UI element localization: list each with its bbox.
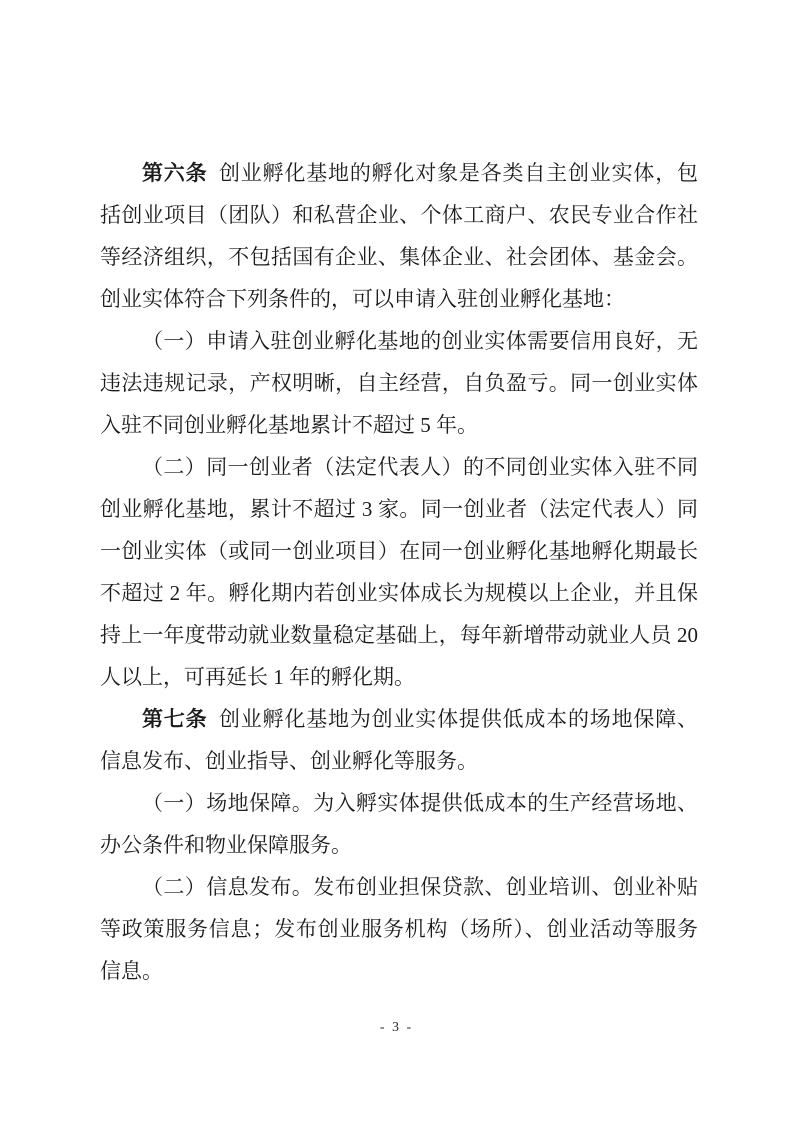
paragraph-text: （二）信息发布。发布创业担保贷款、创业培训、创业补贴等政策服务信息；发布创业服务… (100, 875, 698, 983)
page-number: - 3 - (380, 1020, 413, 1035)
paragraph-item-3: （一）场地保障。为入孵实体提供低成本的生产经营场地、办公条件和物业保障服务。 (100, 782, 698, 866)
paragraph-item-4: （二）信息发布。发布创业担保贷款、创业培训、创业补贴等政策服务信息；发布创业服务… (100, 866, 698, 992)
article-6-heading: 第六条 (142, 161, 207, 185)
paragraph-item-2: （二）同一创业者（法定代表人）的不同创业实体入驻不同创业孵化基地，累计不超过 3… (100, 446, 698, 698)
page-footer: - 3 - (0, 1018, 793, 1038)
paragraph-text: （二）同一创业者（法定代表人）的不同创业实体入驻不同创业孵化基地，累计不超过 3… (100, 455, 698, 689)
paragraph-text: （一）申请入驻创业孵化基地的创业实体需要信用良好，无违法违规记录，产权明晰，自主… (100, 329, 698, 437)
paragraph-text: （一）场地保障。为入孵实体提供低成本的生产经营场地、办公条件和物业保障服务。 (100, 791, 698, 857)
document-body: 第六条创业孵化基地的孵化对象是各类自主创业实体，包括创业项目（团队）和私营企业、… (100, 152, 698, 992)
article-7-heading: 第七条 (142, 707, 207, 731)
paragraph-item-1: （一）申请入驻创业孵化基地的创业实体需要信用良好，无违法违规记录，产权明晰，自主… (100, 320, 698, 446)
paragraph-article-6: 第六条创业孵化基地的孵化对象是各类自主创业实体，包括创业项目（团队）和私营企业、… (100, 152, 698, 320)
paragraph-article-7: 第七条创业孵化基地为创业实体提供低成本的场地保障、信息发布、创业指导、创业孵化等… (100, 698, 698, 782)
document-page: 第六条创业孵化基地的孵化对象是各类自主创业实体，包括创业项目（团队）和私营企业、… (0, 0, 793, 1122)
